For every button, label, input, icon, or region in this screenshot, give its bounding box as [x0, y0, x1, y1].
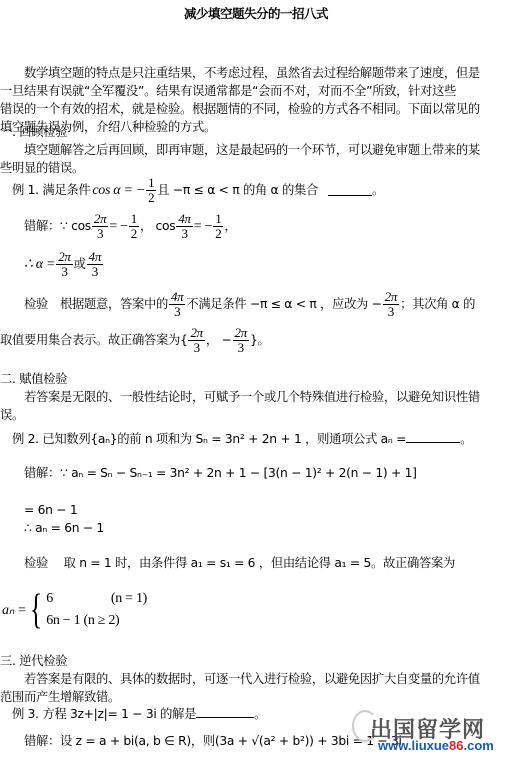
section-3-text-1: 若答案是有限的、具体的数据时，可逐一代入进行检验，以避免因扩大自变量的允许值 — [24, 672, 480, 687]
answer-blank[interactable] — [196, 707, 254, 718]
page-title: 减少填空题失分的一招八式 — [0, 4, 512, 22]
conclusion-1: ∴ α = 2π3 或 4π3 — [24, 250, 104, 279]
section-3-text-2: 范围而产生增解致错。 — [0, 690, 120, 705]
section-1-text-1: 填空题解答之后再回顾，即再审题，这是最起码的一个环节，可以避免审题上带来的某 — [24, 143, 480, 158]
section-3-heading: 三. 逆代检验 — [0, 654, 67, 669]
intro-line-2: 一旦结果有误就“全军覆没”。结果有误通常都是“会而不对，对而不全”所致，针对这些 — [0, 84, 456, 99]
section-2-text-1: 若答案是无限的、一般性结论时，可赋予一个或几个特殊值进行检验，以避免知识性错 — [24, 390, 480, 405]
section-1-text-2: 些明显的错误。 — [0, 161, 84, 176]
example-3: 例 3. 方程 3z+|z|= 1 − 3i 的解是。 — [12, 707, 266, 722]
watermark-url: www.liuxue86.com — [378, 738, 494, 753]
check-1-line-1: 检验 根据题意，答案中的 4π3 不满足条件 −π ≤ α < π ，应改为 −… — [24, 290, 475, 319]
wrong-solution-2: 错解：∵ aₙ = Sₙ − Sₙ₋₁ = 3n² + 2n + 1 − [3(… — [24, 466, 417, 481]
example-1: 例 1. 满足条件 cos α = − 12 且 −π ≤ α < π 的角 α… — [12, 176, 384, 205]
fraction: 12 — [146, 176, 156, 205]
example-2: 例 2. 已知数列{aₙ}的前 n 项和为 Sₙ = 3n² + 2n + 1 … — [12, 432, 472, 447]
wrong-solution-3: 错解：设 z = a + bi(a, b ∈ R)，则(3a + √(a² + … — [24, 734, 402, 749]
check-2: 检验 取 n = 1 时，由条件得 a₁ = s₁ = 6 ，但由结论得 a₁ … — [24, 556, 455, 571]
wrong-step-3: ∴ aₙ = 6n − 1 — [24, 521, 104, 536]
intro-line-3: 错误的一个有效的招术，就是检验。根据题情的不同，检验的方式各不相同。下面以常见的 — [0, 102, 480, 117]
section-2-text-2: 误。 — [0, 408, 24, 423]
answer-blank[interactable] — [328, 185, 372, 196]
section-1-heading: 一. 回顾检验 — [0, 125, 67, 140]
intro-line-1: 数学填空题的特点是只注重结果，不考虑过程，虽然省去过程给解题带来了速度，但是 — [24, 66, 480, 81]
wrong-solution-1: 错解：∵ cos 2π3 = − 12 ， cos 4π3 = − 12 ， — [24, 212, 236, 241]
wrong-step-2: = 6n − 1 — [24, 503, 77, 518]
check-1-line-2: 取值要用集合表示。故正确答案为{ 2π3 ， − 2π3 }。 — [0, 326, 269, 355]
brace-icon: { — [30, 590, 42, 630]
section-2-heading: 二. 赋值检验 — [0, 372, 67, 387]
answer-blank[interactable] — [406, 432, 460, 443]
answer-2: aₙ = { 6 (n = 1) 6n − 1 (n ≥ 2) — [2, 588, 147, 632]
